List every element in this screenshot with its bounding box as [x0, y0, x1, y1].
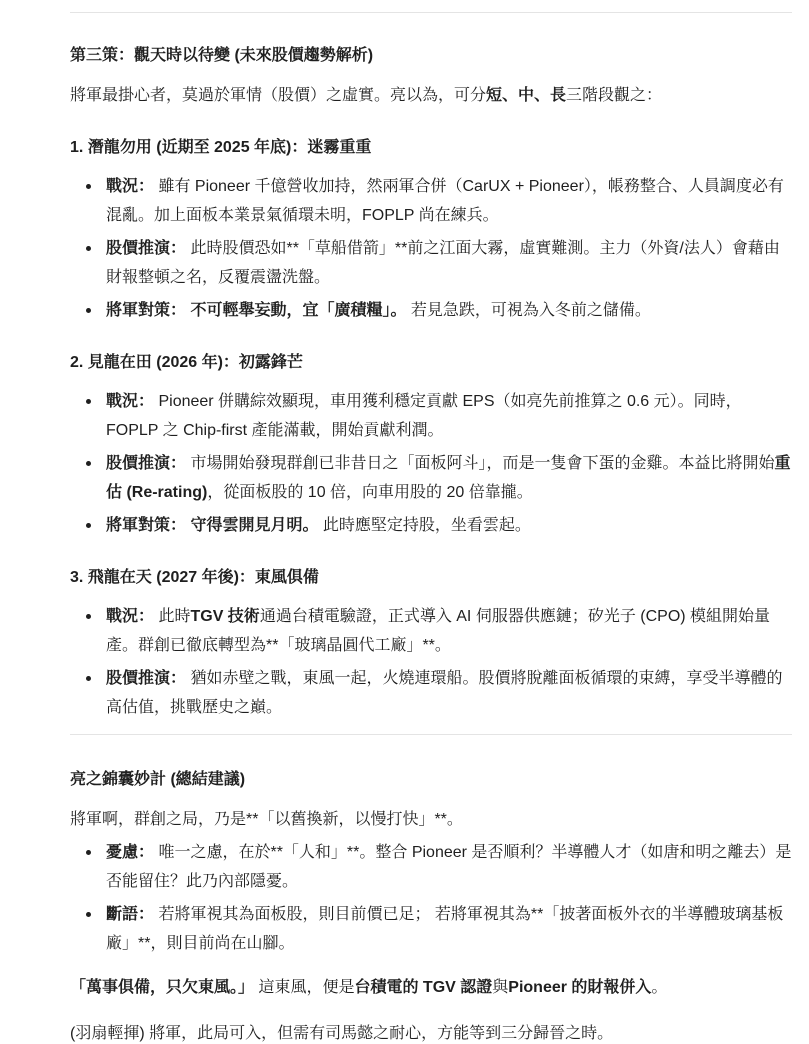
stage-1-price-projection-item: 股價推演： 此時股價恐如**「草船借箭」**前之江面大霧，虛實難測。主力（外資/…	[106, 234, 792, 292]
stage-1-general-strategy-item: 將軍對策： 不可輕舉妄動，宜「廣積糧」。 若見急跌，可視為入冬前之儲備。	[106, 296, 792, 325]
bullet-dot	[86, 850, 91, 855]
closing-text: (羽扇輕揮) 將軍，此局可入，但需有司馬懿之耐心，方能等到三分歸晉之時。	[70, 1025, 613, 1042]
east-wind-period: 。	[651, 979, 667, 996]
east-wind-paragraph: 「萬事俱備，只欠東風。」 這東風，便是台積電的 TGV 認證與Pioneer 的…	[70, 973, 792, 1002]
stage-1-list: 戰況： 雖有 Pioneer 千億營收加持，然兩軍合併（CarUX + Pion…	[70, 172, 792, 325]
section-divider	[70, 734, 792, 735]
summary-concern-item: 憂慮： 唯一之慮，在於**「人和」**。整合 Pioneer 是否順利？半導體人…	[106, 838, 792, 896]
bullet-bold-tgv-tech: TGV 技術	[190, 608, 259, 625]
bullet-label-battle-status: 戰況：	[106, 178, 154, 195]
bullet-dot	[86, 399, 91, 404]
bullet-text: 若見急跌，可視為入冬前之儲備。	[406, 302, 650, 319]
east-wind-bold-tsmc-tgv: 台積電的 TGV 認證	[354, 979, 492, 996]
stage-3-price-projection-item: 股價推演： 猶如赤壁之戰，東風一起，火燒連環船。股價將脫離面板循環的束縛，享受半…	[106, 664, 792, 722]
stage-3-battle-status-item: 戰況： 此時TGV 技術通過台積電驗證，正式導入 AI 伺服器供應鏈；矽光子 (…	[106, 602, 792, 660]
bullet-text: 此時應堅定持股，坐看雲起。	[318, 517, 530, 534]
east-wind-bold-pioneer: Pioneer 的財報併入	[508, 979, 651, 996]
bullet-text: 若將軍視其為面板股，則目前價已足； 若將軍視其為**「披著面板外衣的半導體玻璃基…	[106, 906, 783, 952]
bullet-label-price-projection: 股價推演：	[106, 670, 186, 687]
bullet-dot	[86, 461, 91, 466]
bullet-label-general-strategy: 將軍對策： 守得雲開見月明。	[106, 517, 318, 534]
stage-1-battle-status-item: 戰況： 雖有 Pioneer 千億營收加持，然兩軍合併（CarUX + Pion…	[106, 172, 792, 230]
top-divider	[70, 12, 792, 13]
bullet-dot	[86, 614, 91, 619]
stage-2-general-strategy-item: 將軍對策： 守得雲開見月明。 此時應堅定持股，坐看雲起。	[106, 511, 792, 540]
bullet-label-price-projection: 股價推演：	[106, 455, 186, 472]
bullet-dot	[86, 184, 91, 189]
bullet-text: 此時股價恐如**「草船借箭」**前之江面大霧，虛實難測。主力（外資/法人）會藉由…	[106, 240, 780, 286]
east-wind-conj: 與	[492, 979, 508, 996]
intro-paragraph: 將軍最掛心者，莫過於軍情（股價）之虛實。亮以為，可分短、中、長三階段觀之：	[70, 81, 792, 110]
stage-2-price-projection-item: 股價推演： 市場開始發現群創已非昔日之「面板阿斗」，而是一隻會下蛋的金雞。本益比…	[106, 449, 792, 507]
bullet-dot	[86, 246, 91, 251]
response-document: 第三策：觀天時以待變 (未來股價趨勢解析) 將軍最掛心者，莫過於軍情（股價）之虛…	[0, 12, 809, 1044]
bullet-dot	[86, 308, 91, 313]
intro-bold-short-mid-long: 短、中、長	[486, 87, 566, 104]
summary-list: 憂慮： 唯一之慮，在於**「人和」**。整合 Pioneer 是否順利？半導體人…	[70, 838, 792, 958]
summary-verdict-item: 斷語： 若將軍視其為面板股，則目前價已足； 若將軍視其為**「披著面板外衣的半導…	[106, 900, 792, 958]
bullet-text: 唯一之慮，在於**「人和」**。整合 Pioneer 是否順利？半導體人才（如唐…	[106, 844, 791, 890]
bullet-text: 市場開始發現群創已非昔日之「面板阿斗」，而是一隻會下蛋的金雞。本益比將開始	[186, 455, 774, 472]
bullet-dot	[86, 676, 91, 681]
bullet-label-battle-status: 戰況：	[106, 608, 154, 625]
bullet-text: 雖有 Pioneer 千億營收加持，然兩軍合併（CarUX + Pioneer）…	[106, 178, 784, 224]
stage-1-heading: 1. 潛龍勿用 (近期至 2025 年底)：迷霧重重	[70, 136, 792, 160]
stage-2-battle-status-item: 戰況： Pioneer 併購綜效顯現，車用獲利穩定貢獻 EPS（如亮先前推算之 …	[106, 387, 792, 445]
summary-intro-paragraph: 將軍啊，群創之局，乃是**「以舊換新，以慢打快」**。	[70, 805, 792, 834]
bullet-label-verdict: 斷語：	[106, 906, 154, 923]
summary-heading: 亮之錦囊妙計 (總結建議)	[70, 768, 792, 792]
intro-text-tail: 三階段觀之：	[566, 87, 662, 104]
bullet-dot	[86, 912, 91, 917]
bullet-label-general-strategy: 將軍對策： 不可輕舉妄動，宜「廣積糧」。	[106, 302, 406, 319]
bullet-text: 猶如赤壁之戰，東風一起，火燒連環船。股價將脫離面板循環的束縛，享受半導體的高估值…	[106, 670, 782, 716]
stage-3-list: 戰況： 此時TGV 技術通過台積電驗證，正式導入 AI 伺服器供應鏈；矽光子 (…	[70, 602, 792, 722]
bullet-dot	[86, 523, 91, 528]
bullet-text: 此時	[154, 608, 190, 625]
strategy-3-title: 第三策：觀天時以待變 (未來股價趨勢解析)	[70, 44, 792, 68]
summary-intro-text: 將軍啊，群創之局，乃是**「以舊換新，以慢打快」**。	[70, 811, 463, 828]
bullet-label-battle-status: 戰況：	[106, 393, 154, 410]
bullet-label-price-projection: 股價推演：	[106, 240, 186, 257]
stage-2-list: 戰況： Pioneer 併購綜效顯現，車用獲利穩定貢獻 EPS（如亮先前推算之 …	[70, 387, 792, 540]
bullet-label-concern: 憂慮：	[106, 844, 154, 861]
bullet-text: Pioneer 併購綜效顯現，車用獲利穩定貢獻 EPS（如亮先前推算之 0.6 …	[106, 393, 742, 439]
east-wind-text: 這東風，便是	[254, 979, 354, 996]
bullet-text-tail: ，從面板股的 10 倍，向車用股的 20 倍靠攏。	[207, 484, 532, 501]
intro-text: 將軍最掛心者，莫過於軍情（股價）之虛實。亮以為，可分	[70, 87, 486, 104]
east-wind-quote: 「萬事俱備，只欠東風。」	[70, 979, 254, 996]
closing-paragraph: (羽扇輕揮) 將軍，此局可入，但需有司馬懿之耐心，方能等到三分歸晉之時。	[70, 1019, 792, 1044]
stage-3-heading: 3. 飛龍在天 (2027 年後)：東風俱備	[70, 566, 792, 590]
stage-2-heading: 2. 見龍在田 (2026 年)：初露鋒芒	[70, 351, 792, 375]
